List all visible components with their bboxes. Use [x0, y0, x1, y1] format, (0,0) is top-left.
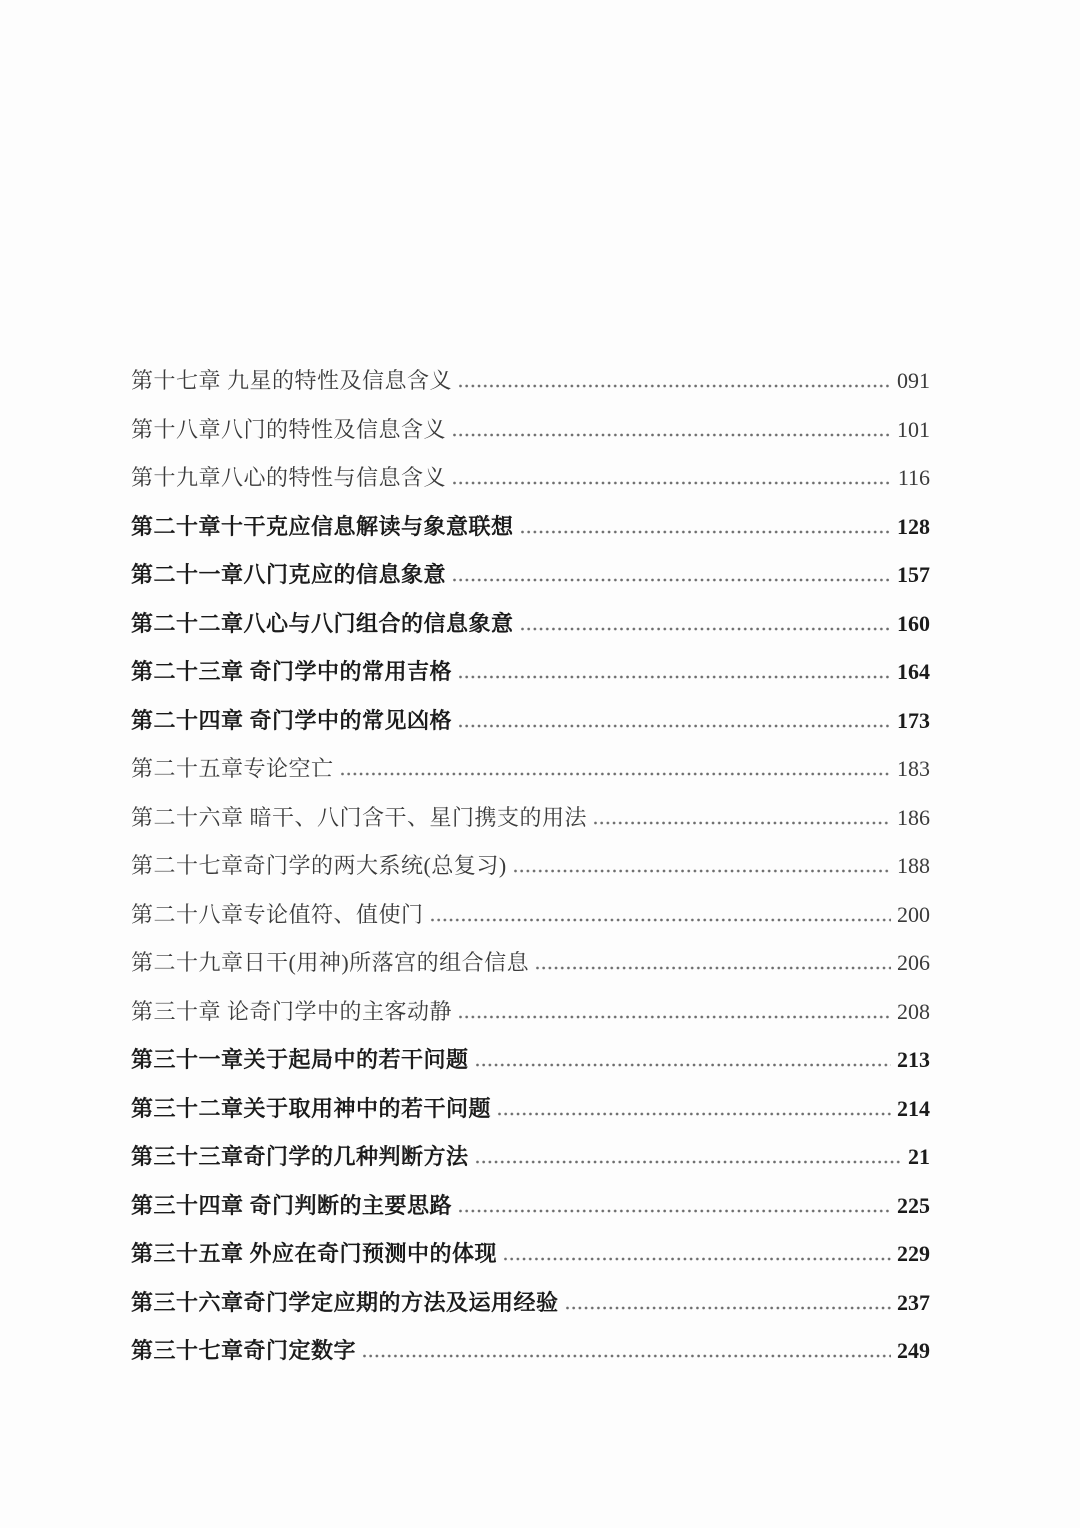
toc-entry: 第二十八章专论值符、值使门200 [131, 901, 930, 928]
toc-entry: 第三十一章关于起局中的若干问题213 [131, 1046, 930, 1073]
toc-entry: 第三十七章奇门定数字249 [131, 1337, 930, 1364]
toc-entry: 第十七章 九星的特性及信息含义091 [131, 367, 930, 394]
chapter-title: 第二十七章奇门学的两大系统(总复习) [131, 852, 507, 879]
chapter-title: 第三十五章 外应在奇门预测中的体现 [131, 1240, 497, 1267]
chapter-title: 第二十八章专论值符、值使门 [131, 901, 424, 928]
page-number: 157 [897, 561, 930, 588]
dot-leader [521, 627, 891, 631]
dot-leader [566, 1306, 891, 1310]
page-number: 208 [897, 998, 930, 1025]
chapter-title: 第十九章八心的特性与信息含义 [131, 464, 446, 491]
chapter-title: 第十八章八门的特性及信息含义 [131, 416, 446, 443]
chapter-title: 第三十章 论奇门学中的主客动静 [131, 998, 452, 1025]
page-number: 225 [897, 1192, 930, 1219]
toc-entry: 第十九章八心的特性与信息含义116 [131, 464, 930, 491]
page-number: 21 [908, 1143, 930, 1170]
page-number: 229 [897, 1240, 930, 1267]
chapter-title: 第三十六章奇门学定应期的方法及运用经验 [131, 1289, 559, 1316]
dot-leader [459, 1209, 891, 1213]
toc-entry: 第二十章十干克应信息解读与象意联想128 [131, 513, 930, 540]
chapter-title: 第二十一章八门克应的信息象意 [131, 561, 446, 588]
dot-leader [453, 481, 892, 485]
dot-leader [476, 1160, 902, 1164]
page-number: 160 [897, 610, 930, 637]
dot-leader [476, 1063, 891, 1067]
page-number: 237 [897, 1289, 930, 1316]
dot-leader [453, 578, 891, 582]
page-number: 183 [897, 755, 930, 782]
dot-leader [521, 530, 891, 534]
page-number: 091 [897, 367, 930, 394]
toc-entry: 第二十六章 暗干、八门含干、星门携支的用法186 [131, 804, 930, 831]
toc-entry: 第三十五章 外应在奇门预测中的体现229 [131, 1240, 930, 1267]
dot-leader [453, 433, 891, 437]
page-number: 186 [897, 804, 930, 831]
toc-entry: 第二十七章奇门学的两大系统(总复习)188 [131, 852, 930, 879]
chapter-title: 第二十章十干克应信息解读与象意联想 [131, 513, 514, 540]
page-number: 101 [897, 416, 930, 443]
chapter-title: 第十七章 九星的特性及信息含义 [131, 367, 452, 394]
toc-entry: 第二十四章 奇门学中的常见凶格173 [131, 707, 930, 734]
toc-entry: 第二十三章 奇门学中的常用吉格164 [131, 658, 930, 685]
page-number: 214 [897, 1095, 930, 1122]
dot-leader [594, 821, 891, 825]
toc-list: 第十七章 九星的特性及信息含义091第十八章八门的特性及信息含义101第十九章八… [131, 367, 930, 1386]
dot-leader [341, 772, 891, 776]
chapter-title: 第二十四章 奇门学中的常见凶格 [131, 707, 452, 734]
dot-leader [459, 724, 891, 728]
toc-entry: 第二十九章日干(用神)所落宫的组合信息206 [131, 949, 930, 976]
dot-leader [459, 675, 891, 679]
chapter-title: 第二十五章专论空亡 [131, 755, 334, 782]
toc-entry: 第十八章八门的特性及信息含义101 [131, 416, 930, 443]
page-number: 213 [897, 1046, 930, 1073]
toc-entry: 第三十四章 奇门判断的主要思路225 [131, 1192, 930, 1219]
toc-entry: 第二十二章八心与八门组合的信息象意160 [131, 610, 930, 637]
toc-entry: 第三十二章关于取用神中的若干问题214 [131, 1095, 930, 1122]
toc-entry: 第二十一章八门克应的信息象意157 [131, 561, 930, 588]
dot-leader [431, 918, 891, 922]
dot-leader [514, 869, 891, 873]
chapter-title: 第二十二章八心与八门组合的信息象意 [131, 610, 514, 637]
page-number: 128 [897, 513, 930, 540]
dot-leader [363, 1354, 891, 1358]
chapter-title: 第三十一章关于起局中的若干问题 [131, 1046, 469, 1073]
chapter-title: 第三十七章奇门定数字 [131, 1337, 356, 1364]
dot-leader [459, 384, 891, 388]
toc-entry: 第二十五章专论空亡183 [131, 755, 930, 782]
dot-leader [536, 966, 891, 970]
page-number: 116 [898, 464, 930, 491]
page-number: 200 [897, 901, 930, 928]
toc-entry: 第三十六章奇门学定应期的方法及运用经验237 [131, 1289, 930, 1316]
chapter-title: 第二十三章 奇门学中的常用吉格 [131, 658, 452, 685]
page-number: 164 [897, 658, 930, 685]
chapter-title: 第二十六章 暗干、八门含干、星门携支的用法 [131, 804, 587, 831]
dot-leader [459, 1015, 891, 1019]
toc-entry: 第三十三章奇门学的几种判断方法21 [131, 1143, 930, 1170]
page-number: 188 [897, 852, 930, 879]
toc-entry: 第三十章 论奇门学中的主客动静208 [131, 998, 930, 1025]
chapter-title: 第三十三章奇门学的几种判断方法 [131, 1143, 469, 1170]
chapter-title: 第三十二章关于取用神中的若干问题 [131, 1095, 491, 1122]
page-number: 249 [897, 1337, 930, 1364]
book-toc-page: 第十七章 九星的特性及信息含义091第十八章八门的特性及信息含义101第十九章八… [0, 0, 1080, 1528]
dot-leader [504, 1257, 891, 1261]
chapter-title: 第二十九章日干(用神)所落宫的组合信息 [131, 949, 529, 976]
page-number: 173 [897, 707, 930, 734]
chapter-title: 第三十四章 奇门判断的主要思路 [131, 1192, 452, 1219]
dot-leader [498, 1112, 891, 1116]
page-number: 206 [897, 949, 930, 976]
